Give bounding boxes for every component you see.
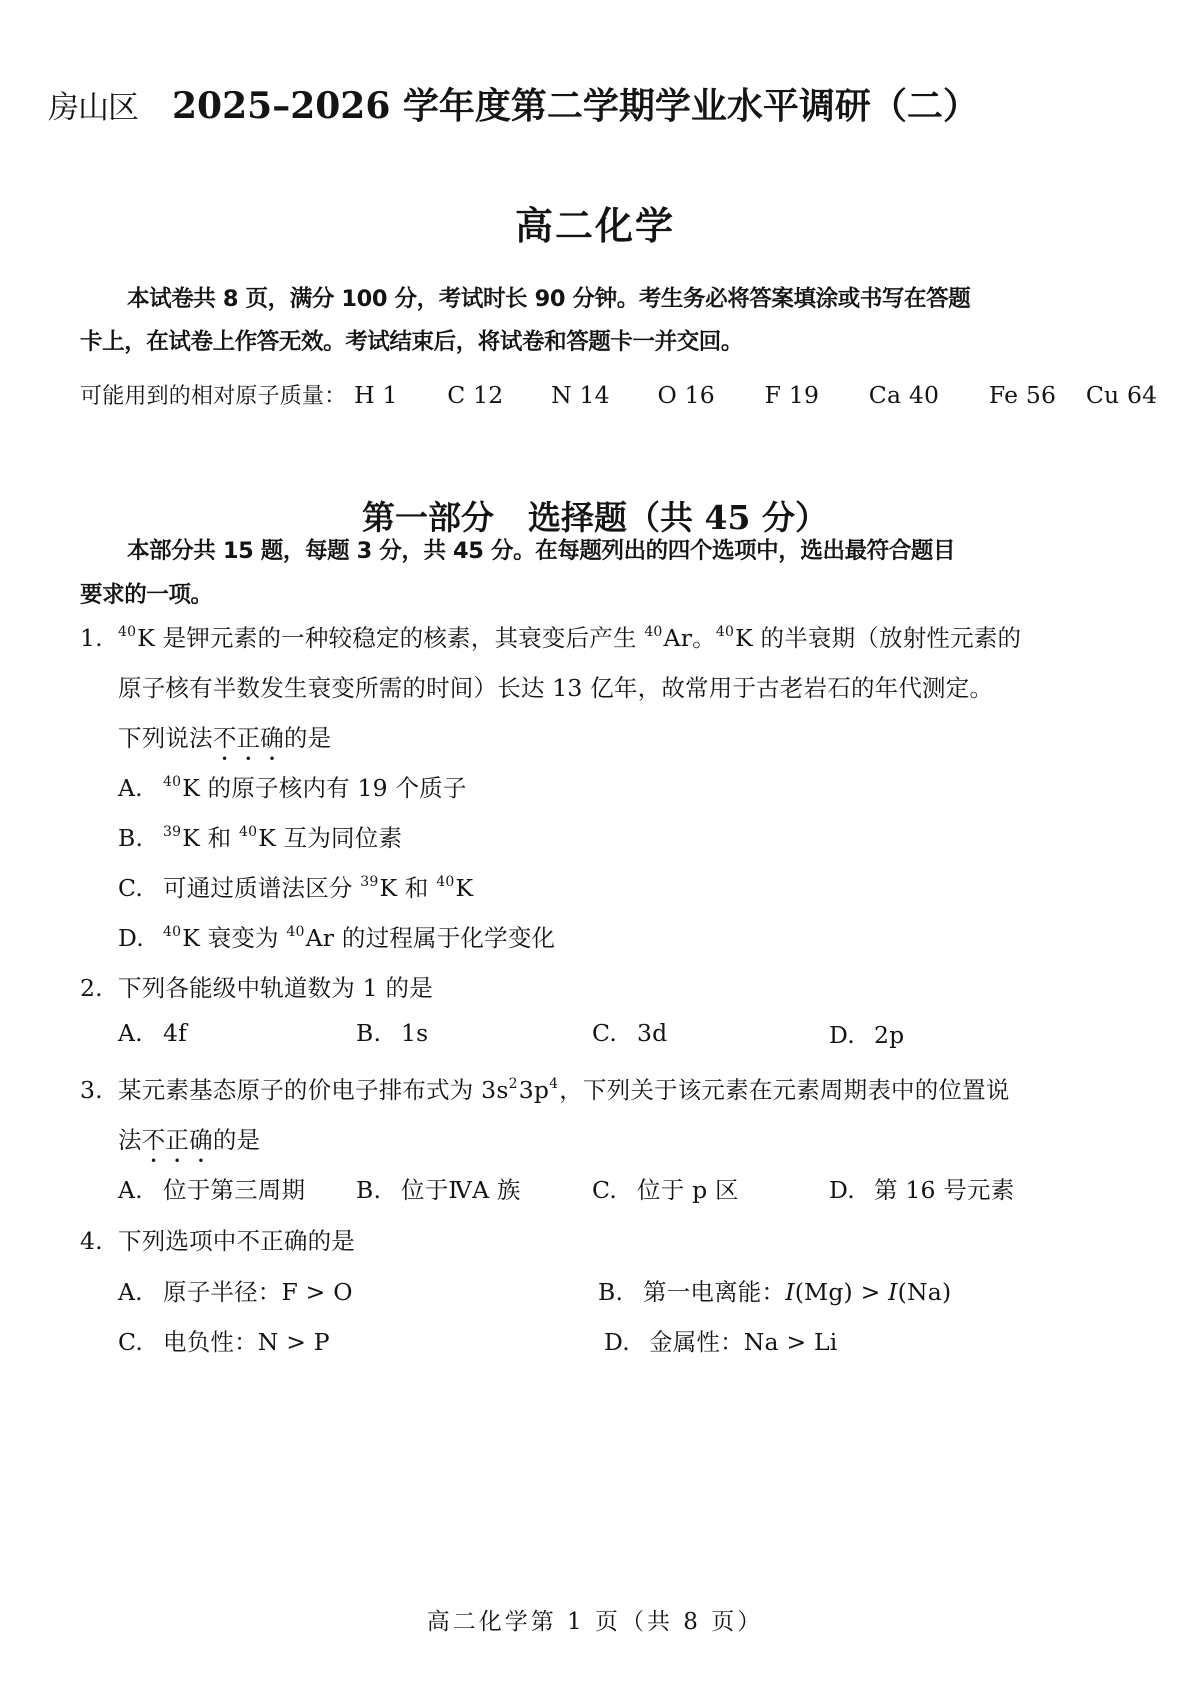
question-2-option-c[interactable]: C.3d (592, 1019, 667, 1047)
option-text: K 的原子核内有 19 个质子 (182, 774, 466, 802)
atomic-mass-fe: Fe 56 (989, 381, 1056, 409)
text: K 的半衰期（放射性元素的 (735, 624, 1021, 652)
section-desc-line-2: 要求的一项。 (80, 577, 213, 609)
option-text: 电负性：N > P (163, 1328, 330, 1356)
subject-title: 高二化学 (0, 195, 1190, 250)
option-letter: C. (118, 874, 163, 902)
question-2-option-d[interactable]: D.2p (829, 1021, 904, 1049)
section-title-part: 第一部分 (362, 498, 494, 537)
section-desc-line-1: 本部分共 15 题，每题 3 分，共 45 分。在每题列出的四个选项中，选出最符… (127, 533, 955, 565)
option-text: 金属性：Na > Li (649, 1328, 838, 1356)
mass-number: 40 (163, 774, 181, 790)
atomic-mass-n: N 14 (551, 381, 610, 409)
atomic-mass-c: C 12 (447, 381, 503, 409)
option-text: 位于第三周期 (163, 1176, 305, 1204)
question-1-option-c[interactable]: C.可通过质谱法区分 39K 和 40K (118, 869, 473, 903)
page-footer: 高二化学第 1 页（共 8 页） (0, 1603, 1190, 1636)
option-text: 第 16 号元素 (874, 1176, 1014, 1204)
option-letter: C. (118, 1328, 163, 1356)
atomic-mass-ca: Ca 40 (869, 381, 939, 409)
option-text: 4f (163, 1019, 187, 1047)
question-1-option-a[interactable]: A.40K 的原子核内有 19 个质子 (118, 769, 467, 803)
emphasis-text: 不正确 (142, 1126, 213, 1154)
electron-count: 2 (509, 1076, 518, 1092)
mass-number: 40 (644, 624, 662, 640)
option-text: 3d (637, 1019, 667, 1047)
option-text: K (456, 874, 474, 902)
option-letter: B. (118, 824, 163, 852)
exam-title: 2025–2026 学年度第二学期学业水平调研（二） (172, 78, 979, 129)
option-letter: D. (829, 1021, 874, 1049)
text: K 是钾元素的一种较稳定的核素，其衰变后产生 (137, 624, 644, 652)
option-text: 第一电离能： (643, 1278, 785, 1306)
option-letter: A. (118, 1278, 163, 1306)
question-2-stem: 2.下列各能级中轨道数为 1 的是 (80, 969, 433, 1003)
question-text: 3p (519, 1076, 549, 1104)
option-text: K 互为同位素 (258, 824, 402, 852)
option-text: K 和 (380, 874, 437, 902)
option-letter: D. (604, 1328, 649, 1356)
option-letter: A. (118, 774, 163, 802)
question-4-option-a[interactable]: A.原子半径：F > O (118, 1273, 353, 1307)
question-1-line-1: 1.40K 是钾元素的一种较稳定的核素，其衰变后产生 40Ar。40K 的半衰期… (80, 619, 1021, 653)
text: 下列说法 (118, 724, 213, 752)
mass-number: 40 (163, 924, 181, 940)
question-text: 某元素基态原子的价电子排布式为 3s (118, 1076, 509, 1104)
instructions-line-1: 本试卷共 8 页，满分 100 分，考试时长 90 分钟。考生务必将答案填涂或书… (127, 281, 970, 313)
question-1-line-2: 原子核有半数发生衰变所需的时间）长达 13 亿年，故常用于古老岩石的年代测定。 (118, 669, 993, 703)
option-text: 位于ⅣA 族 (401, 1176, 521, 1204)
option-text: K 和 (182, 824, 239, 852)
text: 的是 (213, 1126, 260, 1154)
text: Ar。 (664, 624, 716, 652)
text: 法 (118, 1126, 142, 1154)
mass-number: 40 (716, 624, 734, 640)
atomic-masses-label: 可能用到的相对原子质量： (80, 384, 346, 409)
option-letter: A. (118, 1019, 163, 1047)
instructions-line-2: 卡上，在试卷上作答无效。考试结束后，将试卷和答题卡一并交回。 (80, 324, 743, 356)
atomic-mass-f: F 19 (765, 381, 819, 409)
atomic-masses: 可能用到的相对原子质量： H 1 C 12 N 14 O 16 F 19 Ca … (80, 379, 1157, 410)
question-2-option-b[interactable]: B.1s (356, 1019, 428, 1047)
mass-number: 40 (239, 824, 257, 840)
option-text: (Mg) > (795, 1278, 888, 1306)
mass-number: 39 (163, 824, 181, 840)
question-3-option-a[interactable]: A.位于第三周期 (118, 1171, 305, 1205)
option-text: (Na) (898, 1278, 952, 1306)
question-3-option-b[interactable]: B.位于ⅣA 族 (356, 1171, 521, 1205)
ionization-symbol: I (888, 1278, 897, 1306)
option-text: K 衰变为 (182, 924, 286, 952)
option-text: 原子半径：F > O (163, 1278, 353, 1306)
district-label: 房山区 (48, 82, 138, 127)
question-number: 1. (80, 624, 118, 652)
question-number: 2. (80, 974, 118, 1002)
section-title-type: 选择题（共 45 分） (528, 498, 828, 537)
option-letter: D. (829, 1176, 874, 1204)
ionization-symbol: I (785, 1278, 794, 1306)
question-number: 4. (80, 1227, 118, 1255)
option-text: Ar 的过程属于化学变化 (306, 924, 556, 952)
question-1-option-d[interactable]: D.40K 衰变为 40Ar 的过程属于化学变化 (118, 919, 555, 953)
question-text: 下列各能级中轨道数为 1 的是 (118, 974, 433, 1002)
question-2-option-a[interactable]: A.4f (118, 1019, 187, 1047)
option-letter: A. (118, 1176, 163, 1204)
mass-number: 40 (118, 624, 136, 640)
question-4-option-c[interactable]: C.电负性：N > P (118, 1323, 330, 1357)
option-letter: B. (356, 1019, 401, 1047)
option-text: 1s (401, 1019, 428, 1047)
atomic-mass-h: H 1 (354, 381, 398, 409)
text: 的是 (284, 724, 331, 752)
question-1-option-b[interactable]: B.39K 和 40K 互为同位素 (118, 819, 402, 853)
question-4-option-d[interactable]: D.金属性：Na > Li (604, 1323, 838, 1357)
option-text: 可通过质谱法区分 (163, 874, 360, 902)
atomic-mass-cu: Cu 64 (1086, 381, 1158, 409)
option-text: 位于 p 区 (637, 1176, 739, 1204)
question-1-stem: 下列说法不正确的是 (118, 719, 331, 766)
electron-count: 4 (549, 1076, 558, 1092)
question-number: 3. (80, 1076, 118, 1104)
question-4-stem: 4.下列选项中不正确的是 (80, 1222, 355, 1256)
option-letter: D. (118, 924, 163, 952)
option-letter: C. (592, 1019, 637, 1047)
emphasis-text: 不正确 (213, 724, 284, 752)
question-3-option-c[interactable]: C.位于 p 区 (592, 1171, 739, 1205)
question-3-line-1: 3.某元素基态原子的价电子排布式为 3s23p4，下列关于该元素在元素周期表中的… (80, 1071, 1010, 1105)
section-title: 第一部分选择题（共 45 分） (0, 492, 1190, 539)
question-3-stem: 法不正确的是 (118, 1121, 260, 1168)
mass-number: 40 (286, 924, 304, 940)
option-letter: B. (598, 1278, 643, 1306)
question-text: 下列选项中不正确的是 (118, 1227, 355, 1255)
question-3-option-d[interactable]: D.第 16 号元素 (829, 1171, 1014, 1205)
option-letter: B. (356, 1176, 401, 1204)
mass-number: 40 (436, 874, 454, 890)
question-4-option-b[interactable]: B.第一电离能：I(Mg) > I(Na) (598, 1273, 951, 1307)
option-letter: C. (592, 1176, 637, 1204)
option-text: 2p (874, 1021, 904, 1049)
atomic-mass-o: O 16 (658, 381, 715, 409)
question-text: ，下列关于该元素在元素周期表中的位置说 (559, 1076, 1009, 1104)
mass-number: 39 (360, 874, 378, 890)
